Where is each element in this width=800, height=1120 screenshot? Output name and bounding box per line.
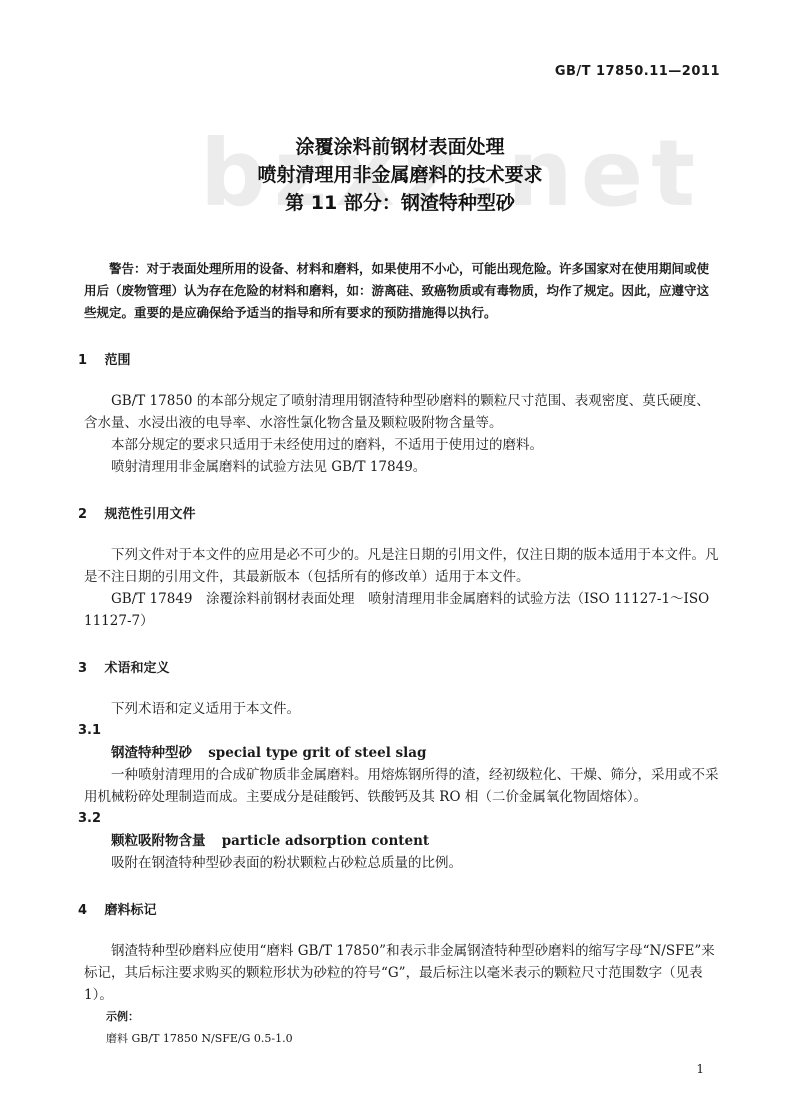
section-1-heading: 1 范围 [78,350,720,372]
section-title: 范围 [105,353,131,368]
document-title: 涂覆涂料前钢材表面处理 喷射清理用非金属磨料的技术要求 第 11 部分：钢渣特种… [0,133,800,217]
term-zh: 钢渣特种型砂 [111,745,192,761]
section-2-heading: 2 规范性引用文件 [78,504,720,526]
term-en: particle adsorption content [222,833,429,849]
term-3-2-definition: 吸附在钢渣特种型砂表面的粉状颗粒占砂粒总质量的比例。 [84,852,720,874]
warning-paragraph: 警告：对于表面处理所用的设备、材料和磨料，如果使用不小心，可能出现危险。许多国家… [84,258,720,324]
terms-intro: 下列术语和定义适用于本文件。 [84,698,720,720]
example-text: 磨料 GB/T 17850 N/SFE/G 0.5-1.0 [84,1028,720,1050]
references-paragraph: 下列文件对于本文件的应用是必不可少的。凡是注日期的引用文件，仅注日期的版本适用于… [84,544,720,588]
scope-paragraph-3: 喷射清理用非金属磨料的试验方法见 GB/T 17849。 [84,456,720,478]
document-body: 警告：对于表面处理所用的设备、材料和磨料，如果使用不小心，可能出现危险。许多国家… [84,258,720,1050]
term-3-1-definition: 一种喷射清理用的合成矿物质非金属磨料。用熔炼钢所得的渣，经初级粒化、干燥、筛分，… [84,764,720,808]
term-3-1-name: 钢渣特种型砂special type grit of steel slag [84,742,720,764]
section-title: 规范性引用文件 [105,507,196,522]
section-title: 术语和定义 [105,661,170,676]
section-number: 3 [78,658,100,680]
section-number: 2 [78,504,100,526]
term-3-2-name: 颗粒吸附物含量particle adsorption content [84,830,720,852]
section-number: 4 [78,900,100,922]
section-title: 磨料标记 [105,903,157,918]
term-3-2-number: 3.2 [78,808,720,830]
title-line-3: 第 11 部分：钢渣特种型砂 [0,189,800,217]
scope-paragraph-2: 本部分规定的要求只适用于未经使用过的磨料，不适用于使用过的磨料。 [84,434,720,456]
title-line-2: 喷射清理用非金属磨料的技术要求 [0,161,800,189]
term-en: special type grit of steel slag [208,745,426,761]
standard-code: GB/T 17850.11—2011 [555,64,720,79]
title-line-1: 涂覆涂料前钢材表面处理 [0,133,800,161]
section-3-heading: 3 术语和定义 [78,658,720,680]
term-3-1-number: 3.1 [78,720,720,742]
example-label: 示例： [84,1006,720,1028]
term-zh: 颗粒吸附物含量 [111,833,206,849]
page-number: 1 [696,1062,704,1076]
reference-gbt17849: GB/T 17849 涂覆涂料前钢材表面处理 喷射清理用非金属磨料的试验方法（I… [84,588,720,632]
scope-paragraph-1: GB/T 17850 的本部分规定了喷射清理用钢渣特种型砂磨料的颗粒尺寸范围、表… [84,390,720,434]
section-number: 1 [78,350,100,372]
marking-paragraph: 钢渣特种型砂磨料应使用“磨料 GB/T 17850”和表示非金属钢渣特种型砂磨料… [84,940,720,1006]
section-4-heading: 4 磨料标记 [78,900,720,922]
